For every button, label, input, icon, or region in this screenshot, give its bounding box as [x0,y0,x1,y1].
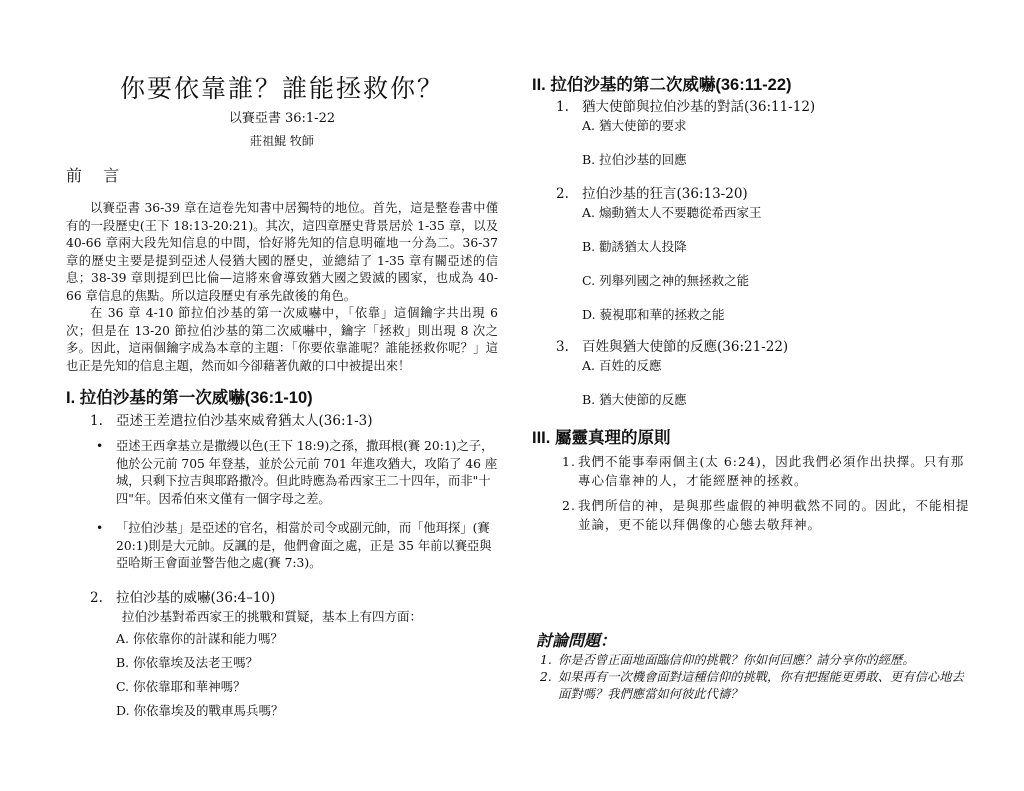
question-number: 1. [540,652,552,669]
list-item: A. 猶大使節的要求 [582,117,972,135]
list-item: A. 煽動猶太人不要聽從希西家王 [582,204,972,222]
author: 莊祖鯤 牧師 [66,133,498,150]
question-text: 如果再有一次機會面對這種信仰的挑戰，你有把握能更勇敢、更有信心地去面對嗎？我們應… [558,670,964,701]
subsection-number: 3. [556,338,582,357]
section-title: 屬靈真理的原則 [555,429,671,447]
list-item: B. 拉伯沙基的回應 [582,151,972,169]
item-list: A. 百姓的反應 B. 猶大使節的反應 [532,357,972,409]
list-item: B. 勸誘猶太人投降 [582,238,972,256]
list-item: C. 列舉列國之神的無拯救之能 [582,272,972,290]
principle-item: 2. 我們所信的神，是與那些虛假的神明截然不同的。因此，不能相提並論，更不能以拜… [532,496,972,534]
subsection-title: 拉伯沙基的狂言(36:13-20) [582,186,748,202]
subsection-title: 拉伯沙基的威嚇(36:4–10) [116,590,275,606]
subsection-number: 1. [90,412,116,431]
subsection-heading: 1.亞述王差遣拉伯沙基來威脅猶太人(36:1-3) [66,412,498,431]
question-text: 你是否曾正面地面臨信仰的挑戰？你如何回應？請分享你的經歷。 [558,653,915,667]
question-number: 2. [540,669,552,686]
principle-item: 1. 我們不能事奉兩個主(太 6:24)，因此我們必須作出抉擇。只有那專心信靠神… [532,452,972,490]
subsection-number: 1. [556,98,582,117]
preface-paragraph: 以賽亞書 36-39 章在這卷先知書中居獨特的地位。首先，這是整卷書中僅有的一段… [66,200,498,305]
discussion-section: 討論問題： 1. 你是否曾正面地面臨信仰的挑戰？你如何回應？請分享你的經歷。 2… [536,630,966,703]
section-3: III. 屬靈真理的原則 1. 我們不能事奉兩個主(太 6:24)，因此我們必須… [532,427,972,534]
preface-heading: 前 言 [66,166,498,186]
list-item: D. 你依靠埃及的戰車馬兵嗎？ [116,702,498,720]
section-title: 拉伯沙基的第二次威嚇(36:11-22) [550,76,791,94]
subsection-heading: 1.猶大使節與拉伯沙基的對話(36:11-12) [532,98,972,117]
principle-text: 我們不能事奉兩個主(太 6:24)，因此我們必須作出抉擇。只有那專心信靠神的人，… [578,454,964,488]
discussion-question: 1. 你是否曾正面地面臨信仰的挑戰？你如何回應？請分享你的經歷。 [536,652,966,669]
preface-paragraph: 在 36 章 4-10 節拉伯沙基的第一次威嚇中，「依靠」這個鑰字共出現 6 次… [66,305,498,375]
section-title: 拉伯沙基的第一次威嚇(36:1-10) [80,389,313,407]
left-column: 你要依靠誰？誰能拯救你？ 以賽亞書 36:1-22 莊祖鯤 牧師 前 言 以賽亞… [66,74,498,720]
page-title: 你要依靠誰？誰能拯救你？ [66,74,498,104]
bullet-icon: • [96,438,103,456]
subsection-intro: 拉伯沙基對希西家王的挑戰和質疑，基本上有四方面： [66,608,498,626]
list-item: D. 藐視耶和華的拯救之能 [582,306,972,324]
section-number: II. [532,76,546,94]
bullet-item: • 亞述王西拿基立是撒縵以色(王下 18:9)之孫，撒珥根(賽 20:1)之子，… [66,438,498,508]
section-number: I. [66,389,75,407]
subsection-heading: 3.百姓與猶大使節的反應(36:21-22) [532,338,972,357]
list-item: A. 百姓的反應 [582,357,972,375]
list-item: B. 你依靠埃及法老王嗎？ [116,654,498,672]
item-list: A. 猶大使節的要求 B. 拉伯沙基的回應 [532,117,972,169]
section-1: I. 拉伯沙基的第一次威嚇(36:1-10) 1.亞述王差遣拉伯沙基來威脅猶太人… [66,387,498,720]
section-heading: I. 拉伯沙基的第一次威嚇(36:1-10) [66,387,498,409]
question-list: A. 你依靠你的計謀和能力嗎？ B. 你依靠埃及法老王嗎？ C. 你依靠耶和華神… [66,630,498,720]
subsection-title: 猶大使節與拉伯沙基的對話(36:11-12) [582,99,815,115]
principle-number: 2. [562,496,576,515]
bullet-text: 亞述王西拿基立是撒縵以色(王下 18:9)之孫，撒珥根(賽 20:1)之子，他於… [116,439,497,506]
discussion-heading: 討論問題： [536,630,966,652]
bullet-icon: • [96,520,103,538]
bullet-text: 「拉伯沙基」是亞述的官名，相當於司令或副元帥，而「他珥探」(賽 20:1)則是大… [116,521,492,570]
list-item: A. 你依靠你的計謀和能力嗎？ [116,630,498,648]
section-heading: II. 拉伯沙基的第二次威嚇(36:11-22) [532,74,972,96]
subsection-heading: 2.拉伯沙基的威嚇(36:4–10) [66,589,498,608]
subsection-number: 2. [90,589,116,608]
item-list: A. 煽動猶太人不要聽從希西家王 B. 勸誘猶太人投降 C. 列舉列國之神的無拯… [532,204,972,324]
section-number: III. [532,429,550,447]
bullet-item: • 「拉伯沙基」是亞述的官名，相當於司令或副元帥，而「他珥探」(賽 20:1)則… [66,520,498,573]
discussion-question: 2. 如果再有一次機會面對這種信仰的挑戰，你有把握能更勇敢、更有信心地去面對嗎？… [536,669,966,703]
subsection-number: 2. [556,185,582,204]
subsection-title: 百姓與猶大使節的反應(36:21-22) [582,339,788,355]
section-2: II. 拉伯沙基的第二次威嚇(36:11-22) 1.猶大使節與拉伯沙基的對話(… [532,74,972,409]
list-item: B. 猶大使節的反應 [582,391,972,409]
document-page: 你要依靠誰？誰能拯救你？ 以賽亞書 36:1-22 莊祖鯤 牧師 前 言 以賽亞… [0,0,1024,791]
subsection-title: 亞述王差遣拉伯沙基來威脅猶太人(36:1-3) [116,413,373,429]
section-heading: III. 屬靈真理的原則 [532,427,972,449]
scripture-reference: 以賽亞書 36:1-22 [66,110,498,128]
bullet-list: • 亞述王西拿基立是撒縵以色(王下 18:9)之孫，撒珥根(賽 20:1)之子，… [66,438,498,573]
principle-number: 1. [562,452,576,471]
list-item: C. 你依靠耶和華神嗎？ [116,678,498,696]
right-column: II. 拉伯沙基的第二次威嚇(36:11-22) 1.猶大使節與拉伯沙基的對話(… [532,74,972,534]
principle-text: 我們所信的神，是與那些虛假的神明截然不同的。因此，不能相提並論，更不能以拜偶像的… [578,498,970,532]
subsection-heading: 2.拉伯沙基的狂言(36:13-20) [532,185,972,204]
